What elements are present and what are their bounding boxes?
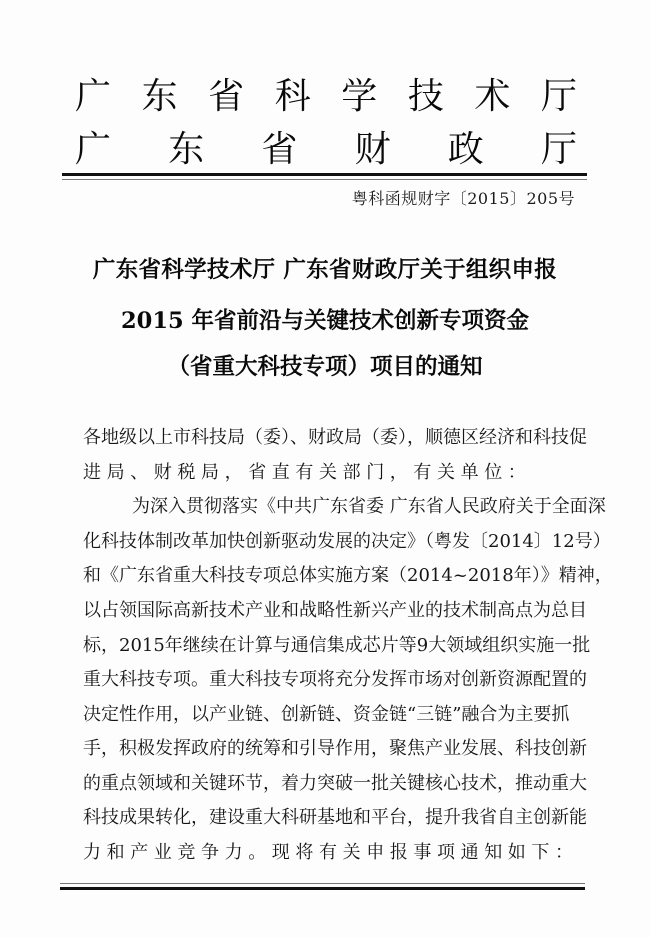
- agency-char: 厅: [541, 78, 577, 116]
- addressee-line: 各地级以上市科技局（委）、财政局（委），顺德区经济和科技促: [83, 426, 583, 450]
- agency-char: 技: [408, 78, 444, 116]
- agency-char: 省: [261, 131, 297, 169]
- agency-char: 广: [75, 131, 111, 169]
- body-paragraph-line: 手，积极发挥政府的统筹和引导作用，聚焦产业发展、科技创新: [83, 737, 583, 761]
- body-paragraph-line: 以占领国际高新技术产业和战略性新兴产业的技术制高点为总目: [83, 599, 583, 623]
- body-paragraph-line: 决定性作用，以产业链、创新链、资金链“三链”融合为主要抓: [83, 703, 583, 727]
- footer-divider-thin: [60, 883, 585, 884]
- document-number: 粤科函规财字〔2015〕205号: [352, 188, 575, 210]
- agency-char: 东: [142, 78, 178, 116]
- agency-char: 术: [474, 78, 510, 116]
- body-paragraph-line: 化科技体制改革加快创新驱动发展的决定》（粤发〔2014〕12号）: [83, 530, 583, 554]
- addressee-line: 进局、财税局，省直有关部门，有关单位：: [83, 461, 583, 485]
- agency-char: 广: [75, 78, 111, 116]
- document-title-line-1: 广东省科学技术厅 广东省财政厅关于组织申报: [0, 255, 650, 285]
- document-title-line-2: 2015 年省前沿与关键技术创新专项资金: [0, 306, 650, 336]
- footer-divider-thick: [60, 887, 585, 890]
- body-paragraph-line: 力和产业竞争力。现将有关申报事项通知如下：: [83, 841, 583, 865]
- issuing-agency-finance: 广 东 省 财 政 厅: [75, 131, 577, 169]
- body-paragraph-line: 科技成果转化，建设重大科研基地和平台，提升我省自主创新能: [83, 806, 583, 830]
- agency-char: 政: [448, 131, 484, 169]
- agency-char: 科: [275, 78, 311, 116]
- agency-char: 省: [208, 78, 244, 116]
- agency-char: 东: [168, 131, 204, 169]
- body-paragraph-line: 的重点领域和关键环节，着力突破一批关键核心技术，推动重大: [83, 772, 583, 796]
- body-paragraph-line: 为深入贯彻落实《中共广东省委 广东省人民政府关于全面深: [132, 495, 632, 519]
- issuing-agency-science-tech: 广 东 省 科 学 技 术 厅: [75, 78, 577, 116]
- document-page: 广 东 省 科 学 技 术 厅 广 东 省 财 政 厅 粤科函规财字〔2015〕…: [0, 0, 650, 937]
- agency-char: 厅: [541, 131, 577, 169]
- document-title-line-3: （省重大科技专项）项目的通知: [0, 352, 650, 382]
- body-paragraph-line: 和《广东省重大科技专项总体实施方案（2014~2018年）》精神，: [83, 564, 583, 588]
- agency-char: 学: [341, 78, 377, 116]
- header-divider-thin: [62, 179, 587, 180]
- header-divider-thick: [62, 173, 587, 176]
- agency-char: 财: [355, 131, 391, 169]
- body-paragraph-line: 重大科技专项。重大科技专项将充分发挥市场对创新资源配置的: [83, 668, 583, 692]
- body-paragraph-line: 标，2015年继续在计算与通信集成芯片等9大领域组织实施一批: [83, 634, 583, 658]
